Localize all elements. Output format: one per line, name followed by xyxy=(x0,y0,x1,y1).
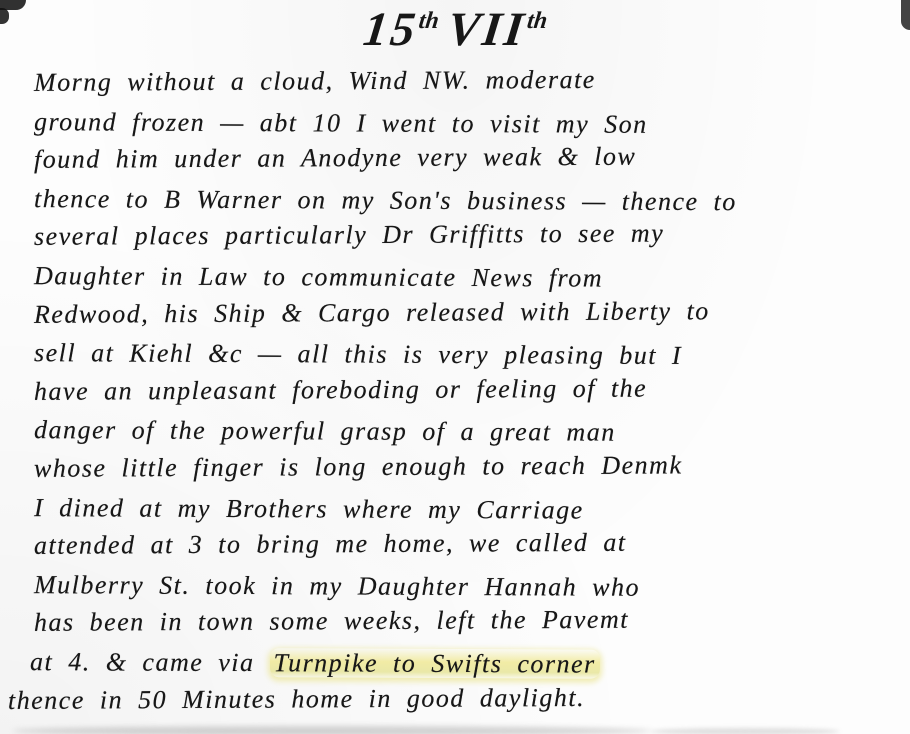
entry-day: 15 xyxy=(361,3,422,56)
handwriting-text: I dined at my Brothers where my Carriage xyxy=(34,493,584,524)
handwriting-text: whose little finger is long enough to re… xyxy=(34,450,683,482)
entry-month-suffix: th xyxy=(526,8,549,34)
manuscript-line: thence in 50 Minutes home in good daylig… xyxy=(0,677,910,720)
handwriting-text: thence to B Warner on my Son's business … xyxy=(34,184,737,216)
scan-smudge-bottom-right xyxy=(650,728,840,734)
manuscript-line: Morng without a cloud, Wind NW. moderate xyxy=(0,59,910,102)
handwriting-text: Morng without a cloud, Wind NW. moderate xyxy=(34,65,596,97)
manuscript-line: Redwood, his Ship & Cargo released with … xyxy=(0,291,910,334)
entry-month: VII xyxy=(445,3,530,56)
handwriting-text: have an unpleasant foreboding or feeling… xyxy=(34,373,647,405)
handwriting-text: several places particularly Dr Griffitts… xyxy=(34,219,664,251)
handwriting-text: thence in 50 Minutes home in good daylig… xyxy=(8,682,585,714)
handwriting-text: has been in town some weeks, left the Pa… xyxy=(34,605,629,637)
manuscript-line: has been in town some weeks, left the Pa… xyxy=(0,600,910,643)
manuscript-line: attended at 3 to bring me home, we calle… xyxy=(0,522,910,565)
manuscript-line: found him under an Anodyne very weak & l… xyxy=(0,136,910,179)
handwriting-text: attended at 3 to bring me home, we calle… xyxy=(34,528,627,560)
manuscript-lines: Morng without a cloud, Wind NW. moderate… xyxy=(0,64,910,720)
diary-page: 15thVIIth Morng without a cloud, Wind NW… xyxy=(0,0,910,734)
handwriting-text: sell at Kiehl &c — all this is very plea… xyxy=(34,338,682,370)
highlighted-text: Turnpike to Swifts corner xyxy=(270,648,600,678)
scan-smudge-bottom xyxy=(12,726,652,734)
manuscript-line: have an unpleasant foreboding or feeling… xyxy=(0,368,910,411)
handwriting-text: ground frozen — abt 10 I went to visit m… xyxy=(34,107,648,139)
handwriting-text: Redwood, his Ship & Cargo released with … xyxy=(34,296,710,329)
manuscript-line: several places particularly Dr Griffitts… xyxy=(0,214,910,257)
handwriting-text: danger of the powerful grasp of a great … xyxy=(34,415,616,447)
handwriting-text: at 4. & came via xyxy=(30,647,270,677)
entry-date-heading: 15thVIIth xyxy=(0,2,910,57)
handwriting-text: Daughter in Law to communicate News from xyxy=(34,261,603,292)
manuscript-line: whose little finger is long enough to re… xyxy=(0,445,910,488)
handwriting-text: found him under an Anodyne very weak & l… xyxy=(34,142,636,174)
entry-day-suffix: th xyxy=(417,8,440,34)
handwriting-text: Mulberry St. took in my Daughter Hannah … xyxy=(34,570,640,602)
